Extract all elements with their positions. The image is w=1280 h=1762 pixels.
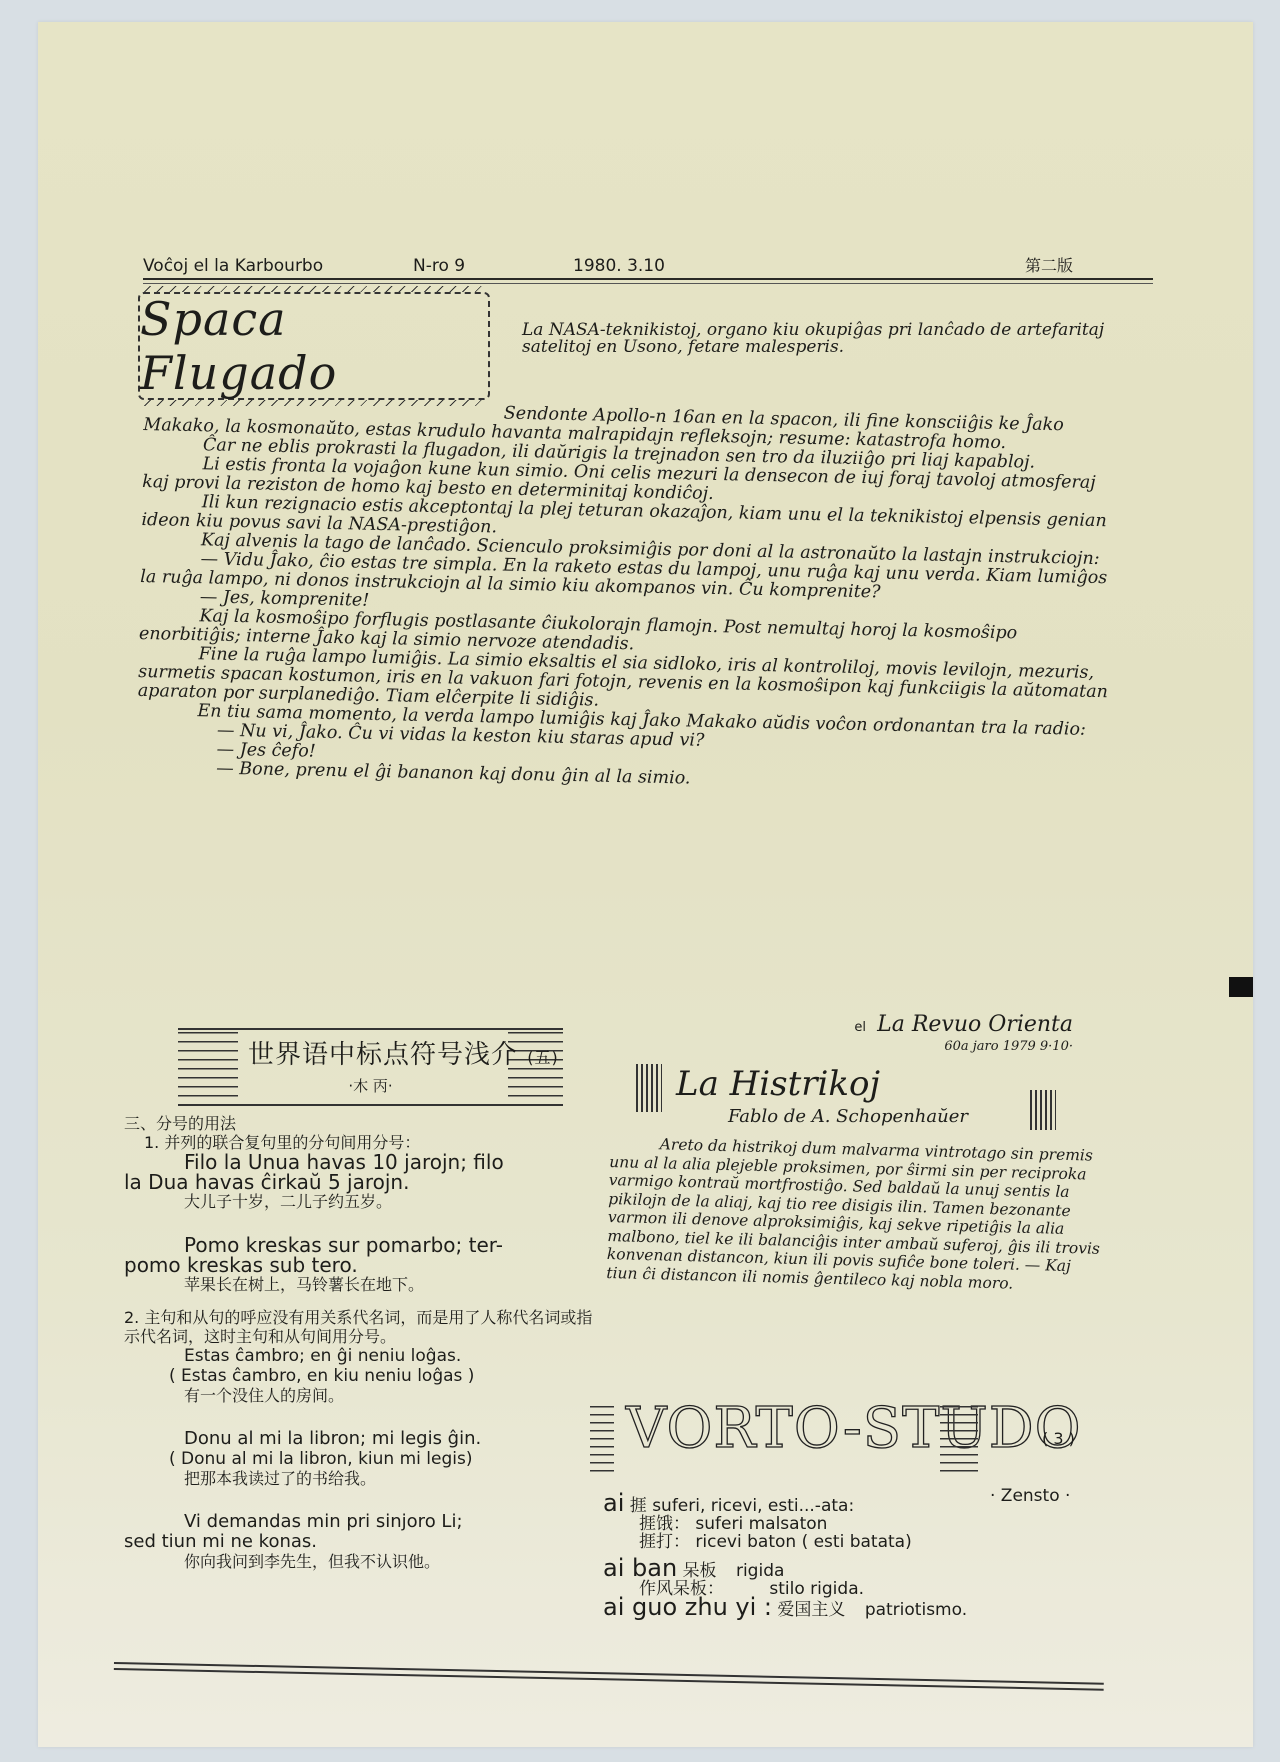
fable-byline: Fablo de A. Schopenhaŭer [728,1106,968,1127]
example-zh: 把那本我读过了的书给我。 [124,1469,594,1488]
part-number: (五) [527,1048,559,1067]
masthead: Voĉoj el la Karbourbo N-ro 9 1980. 3.10 … [143,250,1153,280]
entry-hanzi: 爱国主义 [777,1600,845,1620]
example-zh: 你向我问到李先生，但我不认识他。 [124,1552,594,1571]
fable-text: Areto da histrikoj dum malvarma vintrota… [606,1134,1105,1295]
rule-2: 2. 主句和从句的呼应没有用关系代名词，而是用了人称代名词或指示代名词，这时主句… [124,1308,594,1346]
story-source: el La Revuo Orienta 60a jaro 1979 9·10· [818,1012,1073,1054]
issue-number: N-ro 9 [413,256,573,276]
entry-gloss: suferi, ricevi, esti...-ata: [652,1496,854,1516]
entry-pinyin: ai guo zhu yi : [603,1593,772,1621]
decorative-lines-left [636,1064,662,1112]
punctuation-article-body: 三、分号的用法 1. 并列的联合复句里的分句间用分号： Filo la Unua… [124,1114,594,1571]
edition-label: 第二版 [1025,253,1073,276]
story-title: Spaca Flugado [140,292,488,400]
fable-title: La Histrikoj [676,1064,880,1104]
example-eo: Vi demandas min pri sinjoro Li; [124,1512,594,1532]
vorto-studo-entries: ai 捱 suferi, ricevi, esti...-ata: 捱饿： su… [603,1494,1083,1619]
entry-gloss: rigida [736,1561,784,1581]
fable-header: La Histrikoj Fablo de A. Schopenhaŭer [636,1062,1076,1132]
publication-title: Voĉoj el la Karbourbo [143,256,413,276]
vorto-studo-number: ( 3 ) [1042,1429,1075,1448]
header-rule [178,1104,563,1106]
vocab-entry: ai guo zhu yi : 爱国主义 patriotismo. [603,1598,1083,1619]
example-eo: Filo la Unua havas 10 jarojn; filo [124,1152,594,1172]
story-title-box: Spaca Flugado [138,292,490,400]
example-alt: ( Donu al mi la libron, kiun mi legis) [124,1449,594,1469]
section-heading: 三、分号的用法 [124,1114,594,1133]
decorative-lines-right [1030,1090,1056,1130]
entry-hanzi: 捱 [630,1496,647,1516]
story-intro: La NASA-teknikistoj, organo kiu okupiĝas… [522,322,1112,356]
decorative-lines-left [590,1406,614,1474]
example-eo: la Dua havas ĉirkaŭ 5 jarojn. [124,1172,594,1192]
punctuation-title: 世界语中标点符号浅介 (五) [248,1034,559,1071]
source-name: La Revuo Orienta [877,1012,1073,1037]
newsletter-page: Voĉoj el la Karbourbo N-ro 9 1980. 3.10 … [38,22,1253,1747]
example-zh: 有一个没住人的房间。 [124,1386,594,1405]
example-eo: Pomo kreskas sur pomarbo; ter- [124,1235,594,1255]
example-eo: sed tiun mi ne konas. [124,1532,594,1552]
vorto-studo-header: VORTO-STUDO ( 3 ) · Zensto · [590,1392,1090,1467]
entry-pinyin: ai ban [603,1554,677,1582]
entry-hanzi: 呆板 [683,1561,717,1581]
footer-double-rule [114,1662,1104,1691]
entry-gloss: patriotismo. [865,1600,967,1620]
header-rule [178,1028,563,1030]
example-eo: pomo kreskas sub tero. [124,1255,594,1275]
source-date: 60a jaro 1979 9·10· [818,1037,1073,1054]
example-eo: Donu al mi la libron; mi legis ĝin. [124,1429,594,1449]
example-zh: 大儿子十岁，二儿子约五岁。 [124,1192,594,1211]
punctuation-author: ·木 丙· [178,1075,563,1096]
example-zh: 苹果长在树上，马铃薯长在地下。 [124,1275,594,1294]
vorto-studo-title: VORTO-STUDO [626,1396,1082,1461]
vocab-entry: ai 捱 suferi, ricevi, esti...-ata: 捱饿： su… [603,1494,1083,1551]
example-eo: Estas ĉambro; en ĝi neniu loĝas. [124,1346,594,1366]
story-body: Sendonte Apollo-n 16an en la spacon, ili… [136,397,1119,797]
entry-example: 捱饿： suferi malsaton [603,1515,1083,1533]
issue-date: 1980. 3.10 [573,256,973,276]
punctuation-article-header: 世界语中标点符号浅介 (五) ·木 丙· [178,1020,563,1110]
binder-clip [1229,977,1253,997]
example-alt: ( Estas ĉambro, en kiu neniu loĝas ) [124,1366,594,1386]
entry-example: 捱打： ricevi baton ( esti batata) [603,1533,1083,1551]
decorative-lines-right [940,1406,978,1474]
entry-pinyin: ai [603,1489,624,1517]
source-prefix: el [854,1020,866,1035]
